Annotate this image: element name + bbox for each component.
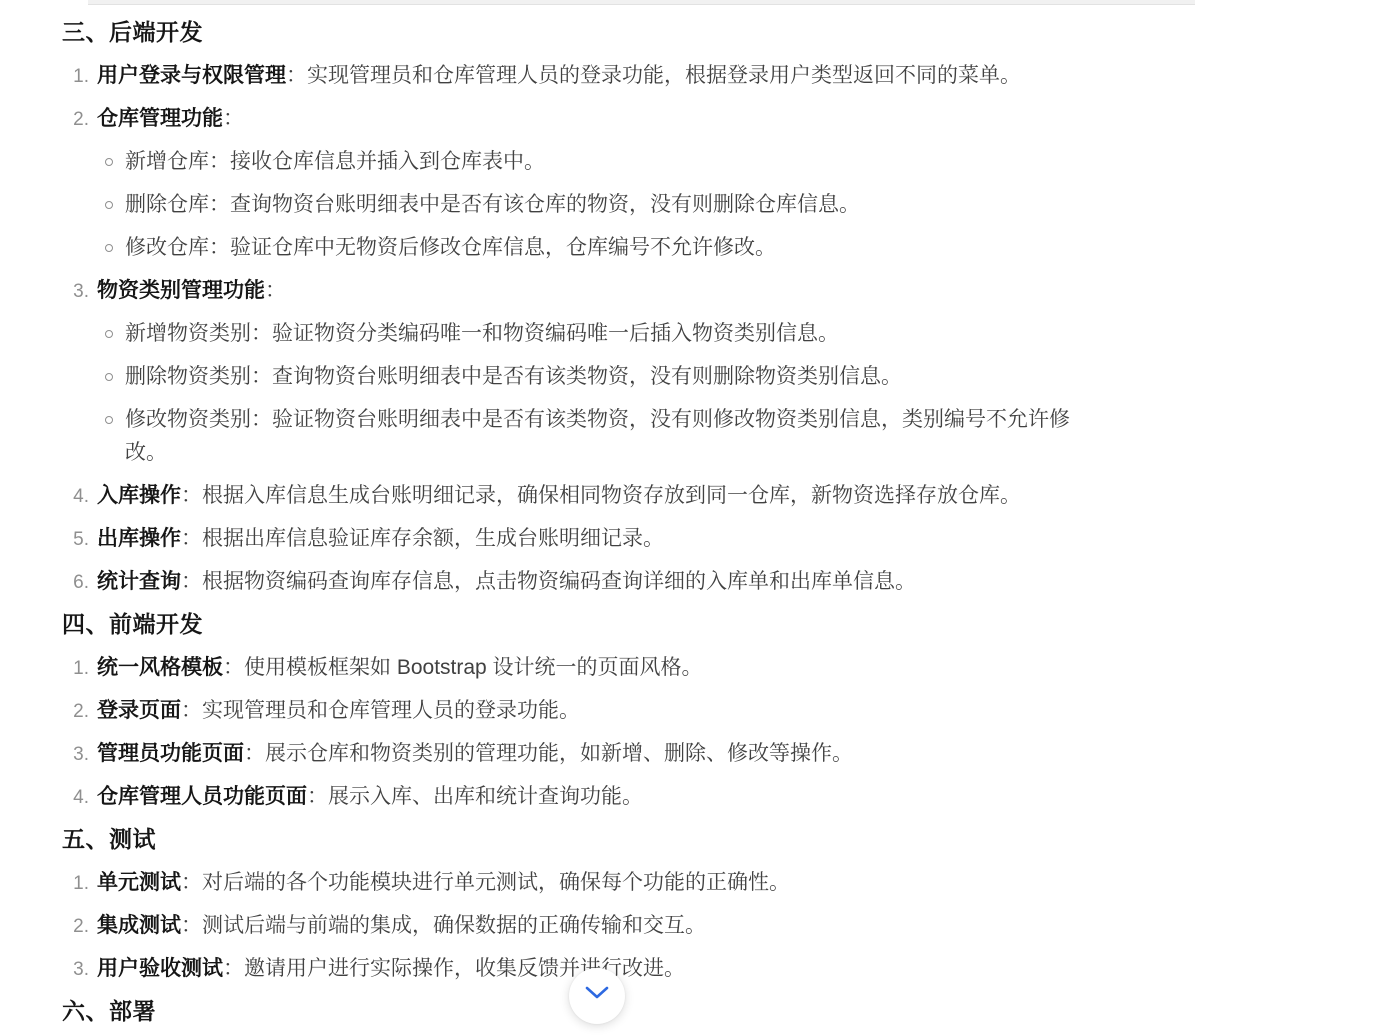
item-term: 统计查询 (97, 570, 181, 593)
sub-list-item: 新增物资类别：验证物资分类编码唯一和物资编码唯一后插入物资类别信息。 (62, 317, 1115, 350)
sub-item-text: 修改仓库：验证仓库中无物资后修改仓库信息，仓库编号不允许修改。 (125, 236, 776, 259)
item-term: 用户登录与权限管理 (97, 64, 286, 87)
list-item: 3.管理员功能页面：展示仓库和物资类别的管理功能，如新增、删除、修改等操作。 (62, 737, 1115, 770)
sub-list-item: 删除物资类别：查询物资台账明细表中是否有该类物资，没有则删除物资类别信息。 (62, 360, 1115, 393)
item-text: ：测试后端与前端的集成，确保数据的正确传输和交互。 (181, 914, 706, 937)
list-number: 3. (62, 738, 89, 771)
list-item: 1.统一风格模板：使用模板框架如 Bootstrap 设计统一的页面风格。 (62, 651, 1115, 684)
list-item: 1.单元测试：对后端的各个功能模块进行单元测试，确保每个功能的正确性。 (62, 866, 1115, 899)
list-number: 5. (62, 523, 89, 556)
item-term: 集成测试 (97, 914, 181, 937)
list-item: 4.仓库管理人员功能页面：展示入库、出库和统计查询功能。 (62, 780, 1115, 813)
list-number: 1. (62, 867, 89, 900)
list-item: 5.出库操作：根据出库信息验证库存余额，生成台账明细记录。 (62, 522, 1115, 555)
list-number: 2. (62, 910, 89, 943)
item-term: 单元测试 (97, 871, 181, 894)
sub-list-item: 删除仓库：查询物资台账明细表中是否有该仓库的物资，没有则删除仓库信息。 (62, 188, 1115, 221)
item-term: 物资类别管理功能 (97, 279, 265, 302)
sub-item-text: 新增仓库：接收仓库信息并插入到仓库表中。 (125, 150, 545, 173)
list-number: 4. (62, 781, 89, 814)
item-text: ： (265, 279, 286, 302)
list-item: 2.登录页面：实现管理员和仓库管理人员的登录功能。 (62, 694, 1115, 727)
item-term: 入库操作 (97, 484, 181, 507)
sub-list-item: 修改物资类别：验证物资台账明细表中是否有该类物资，没有则修改物资类别信息，类别编… (62, 403, 1115, 469)
item-term: 统一风格模板 (97, 656, 223, 679)
hollow-bullet-icon (105, 201, 113, 209)
list-number: 4. (62, 480, 89, 513)
list-number: 2. (62, 103, 89, 136)
sub-item-text: 删除物资类别：查询物资台账明细表中是否有该类物资，没有则删除物资类别信息。 (125, 365, 902, 388)
sub-item-text: 删除仓库：查询物资台账明细表中是否有该仓库的物资，没有则删除仓库信息。 (125, 193, 860, 216)
item-term: 出库操作 (97, 527, 181, 550)
item-term: 仓库管理功能 (97, 107, 223, 130)
item-text: ：对后端的各个功能模块进行单元测试，确保每个功能的正确性。 (181, 871, 790, 894)
hollow-bullet-icon (105, 158, 113, 166)
sub-item-text: 新增物资类别：验证物资分类编码唯一和物资编码唯一后插入物资类别信息。 (125, 322, 839, 345)
section-heading: 五、测试 (62, 823, 1115, 856)
list-number: 1. (62, 652, 89, 685)
list-item: 2.仓库管理功能： (62, 102, 1115, 135)
document-content: 三、后端开发1.用户登录与权限管理：实现管理员和仓库管理人员的登录功能，根据登录… (62, 16, 1115, 1036)
sub-item-text: 修改物资类别：验证物资台账明细表中是否有该类物资，没有则修改物资类别信息，类别编… (125, 408, 1070, 464)
list-number: 1. (62, 60, 89, 93)
list-number: 3. (62, 275, 89, 308)
list-number: 3. (62, 953, 89, 986)
list-item: 1.用户登录与权限管理：实现管理员和仓库管理人员的登录功能，根据登录用户类型返回… (62, 59, 1115, 92)
list-number: 2. (62, 695, 89, 728)
item-text: ：使用模板框架如 Bootstrap 设计统一的页面风格。 (223, 656, 703, 679)
list-number: 6. (62, 566, 89, 599)
item-text: ：实现管理员和仓库管理人员的登录功能，根据登录用户类型返回不同的菜单。 (286, 64, 1021, 87)
item-term: 管理员功能页面 (97, 742, 244, 765)
item-text: ：根据物资编码查询库存信息，点击物资编码查询详细的入库单和出库单信息。 (181, 570, 916, 593)
item-text: ： (223, 107, 244, 130)
sub-list-item: 新增仓库：接收仓库信息并插入到仓库表中。 (62, 145, 1115, 178)
list-item: 2.集成测试：测试后端与前端的集成，确保数据的正确传输和交互。 (62, 909, 1115, 942)
sub-list-item: 修改仓库：验证仓库中无物资后修改仓库信息，仓库编号不允许修改。 (62, 231, 1115, 264)
list-item: 4.入库操作：根据入库信息生成台账明细记录，确保相同物资存放到同一仓库，新物资选… (62, 479, 1115, 512)
item-text: ：根据出库信息验证库存余额，生成台账明细记录。 (181, 527, 664, 550)
item-text: ：根据入库信息生成台账明细记录，确保相同物资存放到同一仓库，新物资选择存放仓库。 (181, 484, 1021, 507)
section-heading: 三、后端开发 (62, 16, 1115, 49)
scrolled-content-top-edge (88, 0, 1195, 5)
item-term: 仓库管理人员功能页面 (97, 785, 307, 808)
item-text: ：展示仓库和物资类别的管理功能，如新增、删除、修改等操作。 (244, 742, 853, 765)
item-text: ：展示入库、出库和统计查询功能。 (307, 785, 643, 808)
hollow-bullet-icon (105, 330, 113, 338)
hollow-bullet-icon (105, 416, 113, 424)
list-item: 3.物资类别管理功能： (62, 274, 1115, 307)
item-text: ：实现管理员和仓库管理人员的登录功能。 (181, 699, 580, 722)
scroll-to-bottom-button[interactable] (569, 968, 625, 1024)
section-heading: 四、前端开发 (62, 608, 1115, 641)
chevron-down-icon (585, 992, 609, 1000)
hollow-bullet-icon (105, 373, 113, 381)
hollow-bullet-icon (105, 244, 113, 252)
item-term: 用户验收测试 (97, 957, 223, 980)
list-item: 6.统计查询：根据物资编码查询库存信息，点击物资编码查询详细的入库单和出库单信息… (62, 565, 1115, 598)
item-term: 登录页面 (97, 699, 181, 722)
